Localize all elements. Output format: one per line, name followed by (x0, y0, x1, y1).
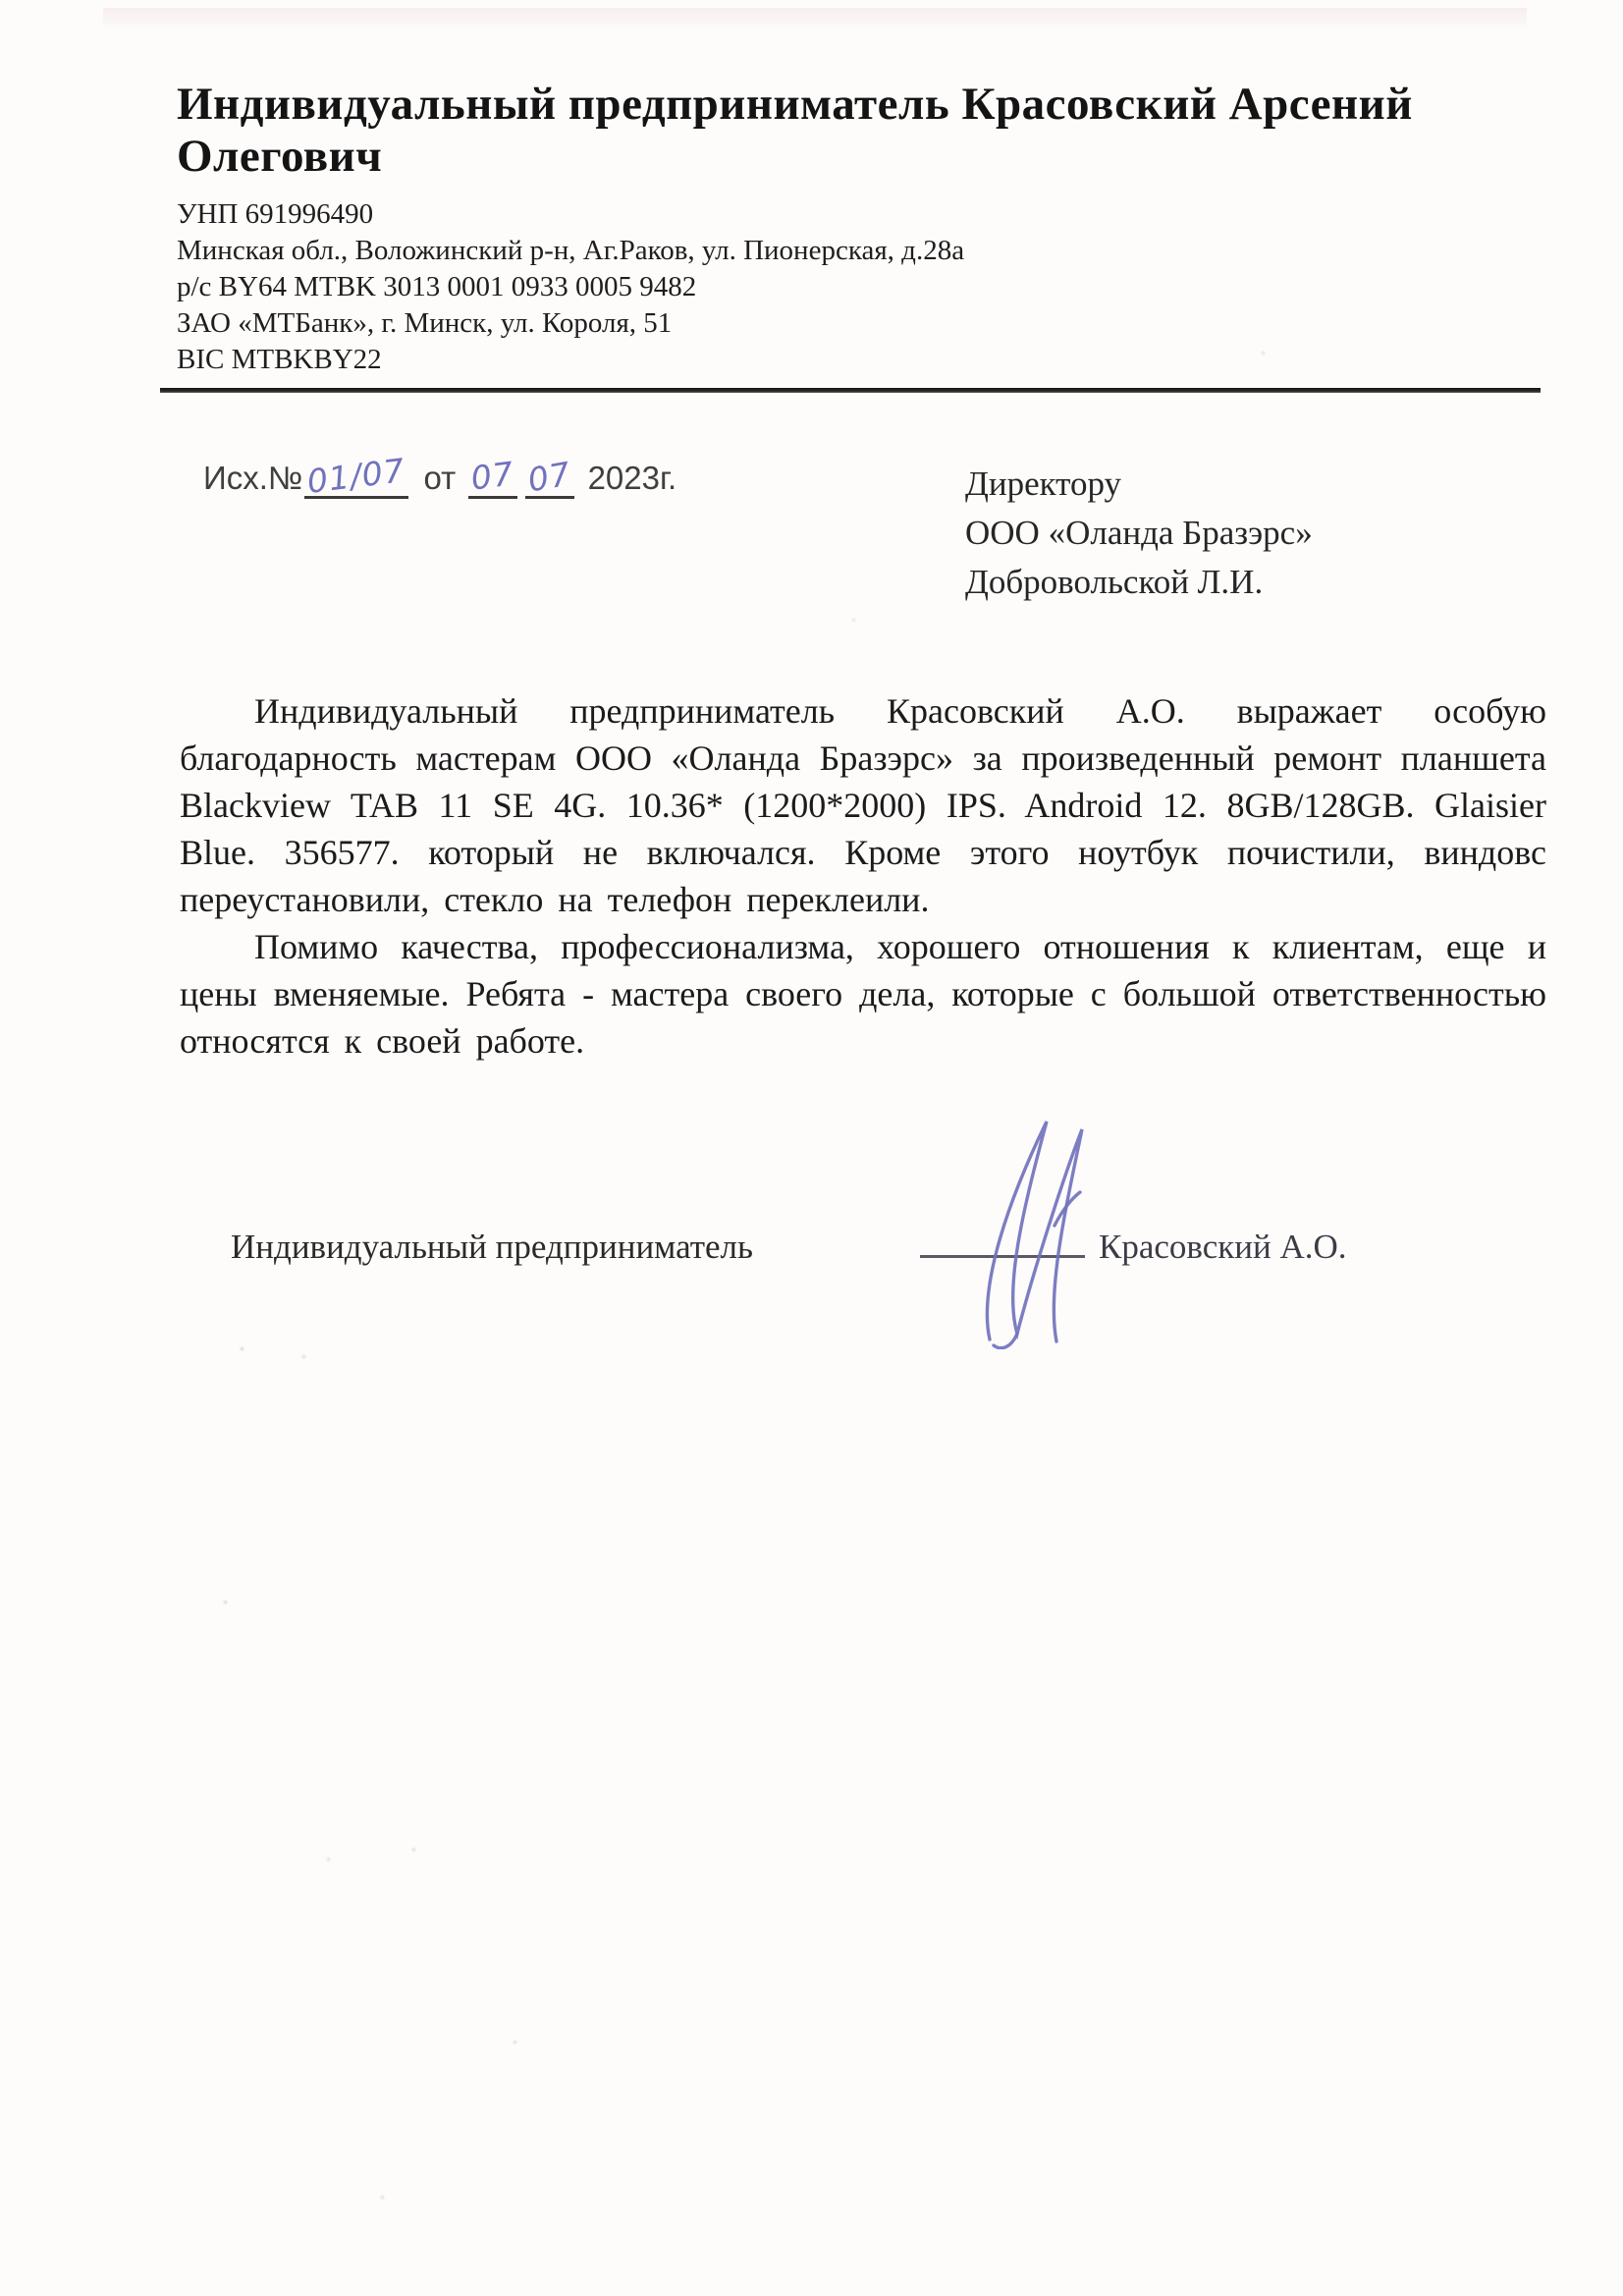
signature-role: Индивидуальный предприниматель (231, 1228, 753, 1266)
letterhead-account: р/с BY64 MTBK 3013 0001 0933 0005 9482 (177, 269, 1551, 305)
day-blank: 07 (468, 462, 517, 499)
scan-speckles (0, 0, 3, 3)
letter-body: Индивидуальный предприниматель Красовски… (180, 687, 1546, 1065)
signature-name: Красовский А.О. (1099, 1228, 1347, 1266)
addressee-line: Директору (965, 460, 1313, 509)
scan-artifact-band (103, 8, 1527, 31)
from-label: от (423, 460, 456, 496)
signature-block: Индивидуальный предпринимательКрасовский… (180, 1218, 1546, 1267)
letterhead: Индивидуальный предприниматель Красовски… (177, 79, 1551, 393)
addressee-block: Директору ООО «Оланда Бразэрс» Доброволь… (965, 460, 1313, 607)
outgoing-number-blank: 01/07 (304, 462, 408, 499)
outgoing-reference-line: Исх.№01/07 от 0707 2023г. (203, 460, 1554, 499)
letterhead-unp: УНП 691996490 (177, 196, 1551, 233)
letterhead-bic: BIC MTBKBY22 (177, 342, 1551, 378)
day-handwritten: 07 (469, 457, 516, 496)
addressee-line: ООО «Оланда Бразэрс» (965, 509, 1313, 558)
month-blank: 07 (525, 462, 574, 499)
signature-blank-line (920, 1218, 1085, 1258)
letterhead-info: УНП 691996490 Минская обл., Воложинский … (177, 196, 1551, 378)
letterhead-address: Минская обл., Воложинский р-н, Аг.Раков,… (177, 233, 1551, 269)
letterhead-bank: ЗАО «МТБанк», г. Минск, ул. Короля, 51 (177, 305, 1551, 342)
body-paragraph: Помимо качества, профессионализма, хорош… (180, 923, 1546, 1065)
reference-and-addressee: Исх.№01/07 от 0707 2023г. Директору ООО … (180, 460, 1554, 641)
year-label: 2023г. (588, 460, 677, 496)
outgoing-number-handwritten: 01/07 (305, 454, 407, 500)
body-paragraph: Индивидуальный предприниматель Красовски… (180, 687, 1546, 923)
letterhead-title: Индивидуальный предприниматель Красовски… (177, 79, 1551, 183)
addressee-line: Добровольской Л.И. (965, 558, 1313, 607)
outgoing-label: Исх.№ (203, 460, 302, 496)
letterhead-divider (160, 388, 1541, 393)
month-handwritten: 07 (526, 457, 574, 498)
letter-page: Индивидуальный предприниматель Красовски… (0, 0, 1623, 2296)
